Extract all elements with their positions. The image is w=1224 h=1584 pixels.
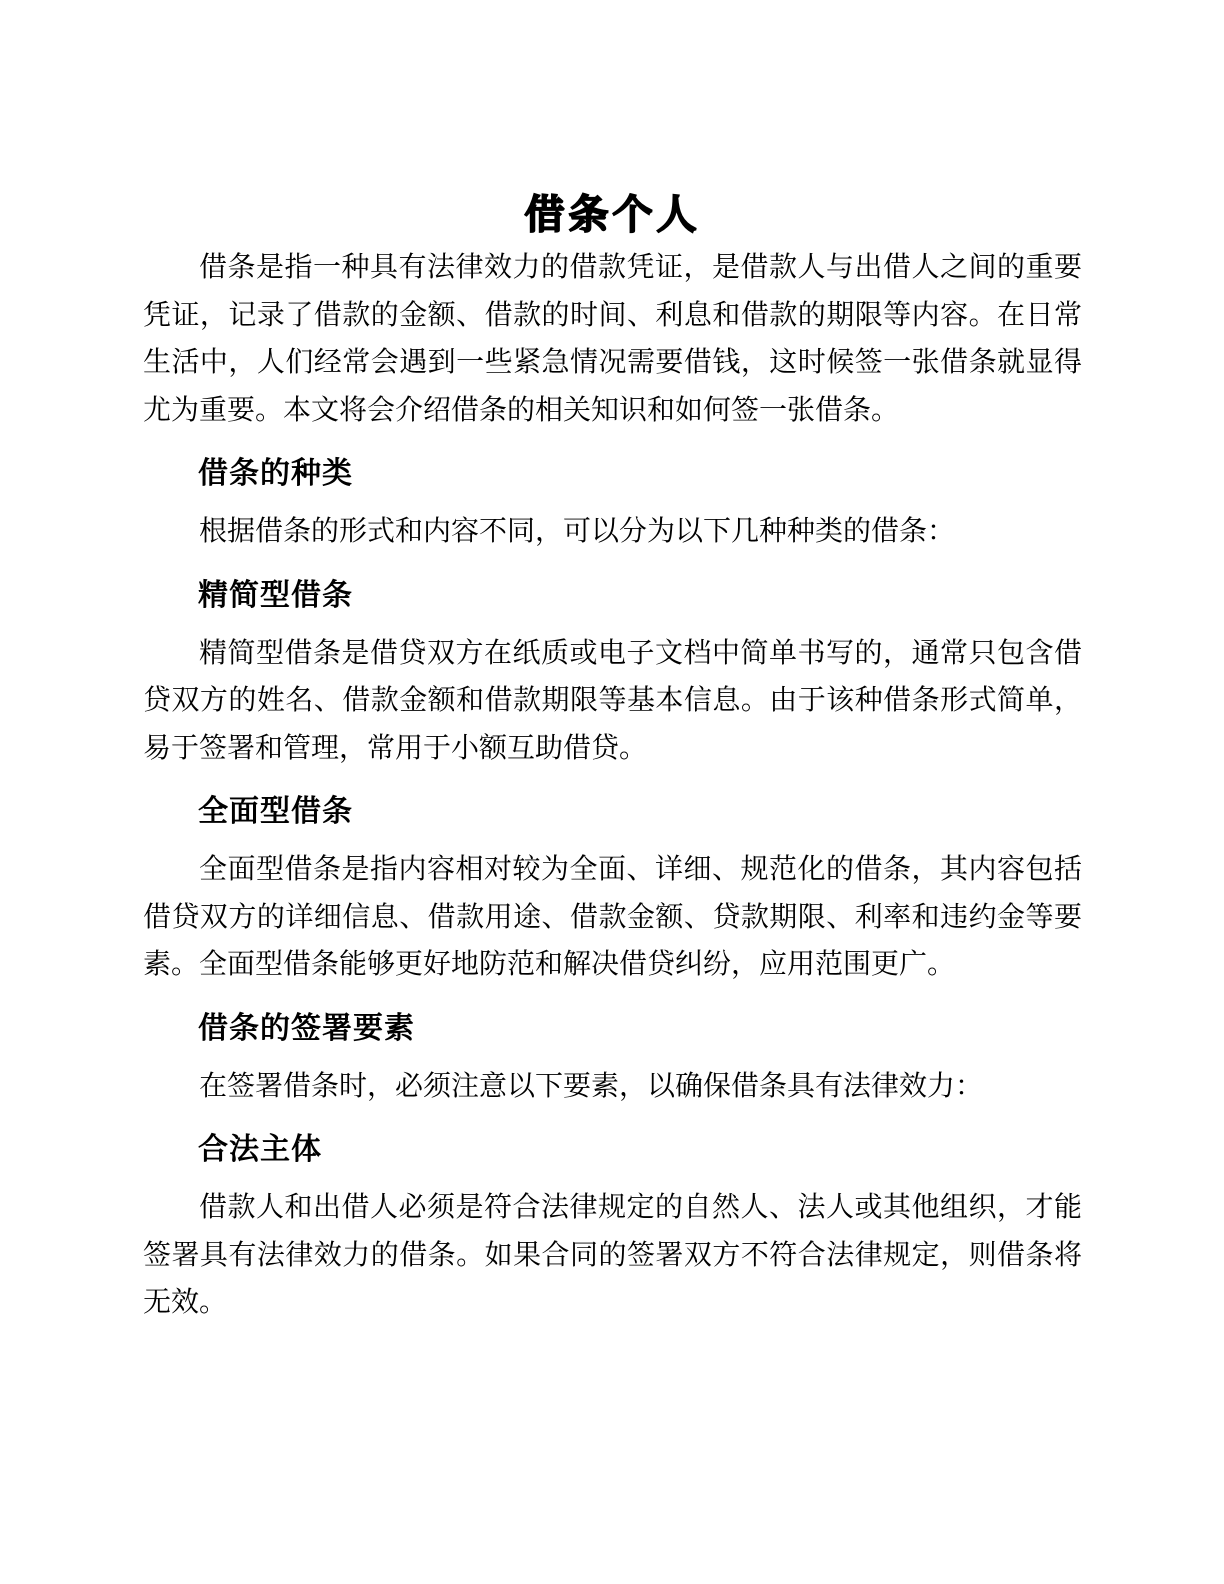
section-heading-signing-elements: 借条的签署要素 [143, 1005, 1082, 1053]
section-paragraph-legal-subject: 借款人和出借人必须是符合法律规定的自然人、法人或其他组织，才能签署具有法律效力的… [143, 1184, 1082, 1327]
document-title: 借条个人 [143, 190, 1082, 240]
section-heading-types: 借条的种类 [143, 450, 1082, 498]
document-page: 借条个人 借条是指一种具有法律效力的借款凭证，是借款人与出借人之间的重要凭证，记… [0, 0, 1224, 1584]
intro-paragraph: 借条是指一种具有法律效力的借款凭证，是借款人与出借人之间的重要凭证，记录了借款的… [143, 244, 1082, 434]
section-heading-simple-iou: 精简型借条 [143, 572, 1082, 620]
section-paragraph-types: 根据借条的形式和内容不同，可以分为以下几种种类的借条： [143, 508, 1082, 556]
section-paragraph-comprehensive-iou: 全面型借条是指内容相对较为全面、详细、规范化的借条，其内容包括借贷双方的详细信息… [143, 846, 1082, 989]
section-paragraph-simple-iou: 精简型借条是借贷双方在纸质或电子文档中简单书写的，通常只包含借贷双方的姓名、借款… [143, 630, 1082, 773]
section-heading-legal-subject: 合法主体 [143, 1126, 1082, 1174]
section-paragraph-signing-elements: 在签署借条时，必须注意以下要素，以确保借条具有法律效力： [143, 1063, 1082, 1111]
section-heading-comprehensive-iou: 全面型借条 [143, 788, 1082, 836]
